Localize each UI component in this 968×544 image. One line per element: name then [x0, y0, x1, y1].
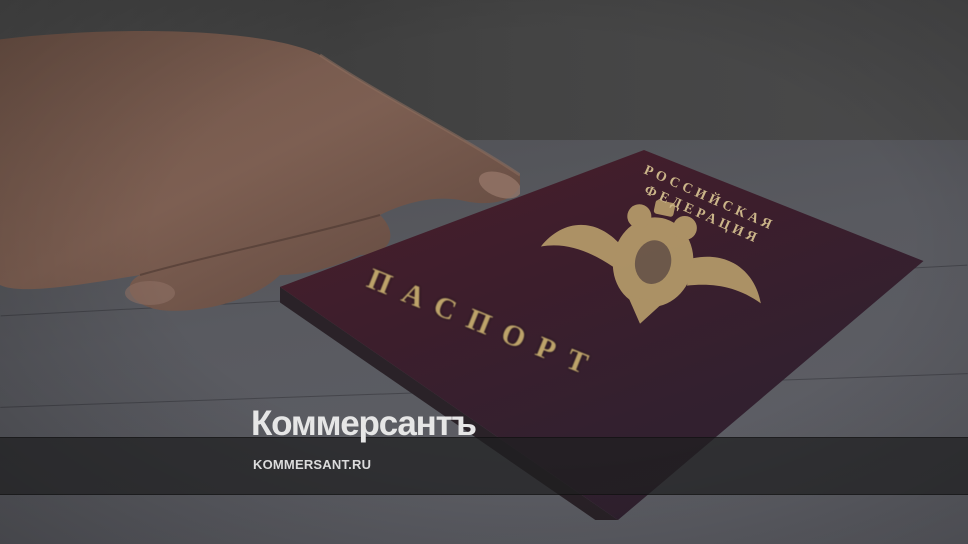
brand-url: KOMMERSANT.RU — [253, 457, 371, 472]
brand-logo: Коммерсантъ — [251, 404, 476, 444]
watermark-band — [0, 437, 968, 495]
